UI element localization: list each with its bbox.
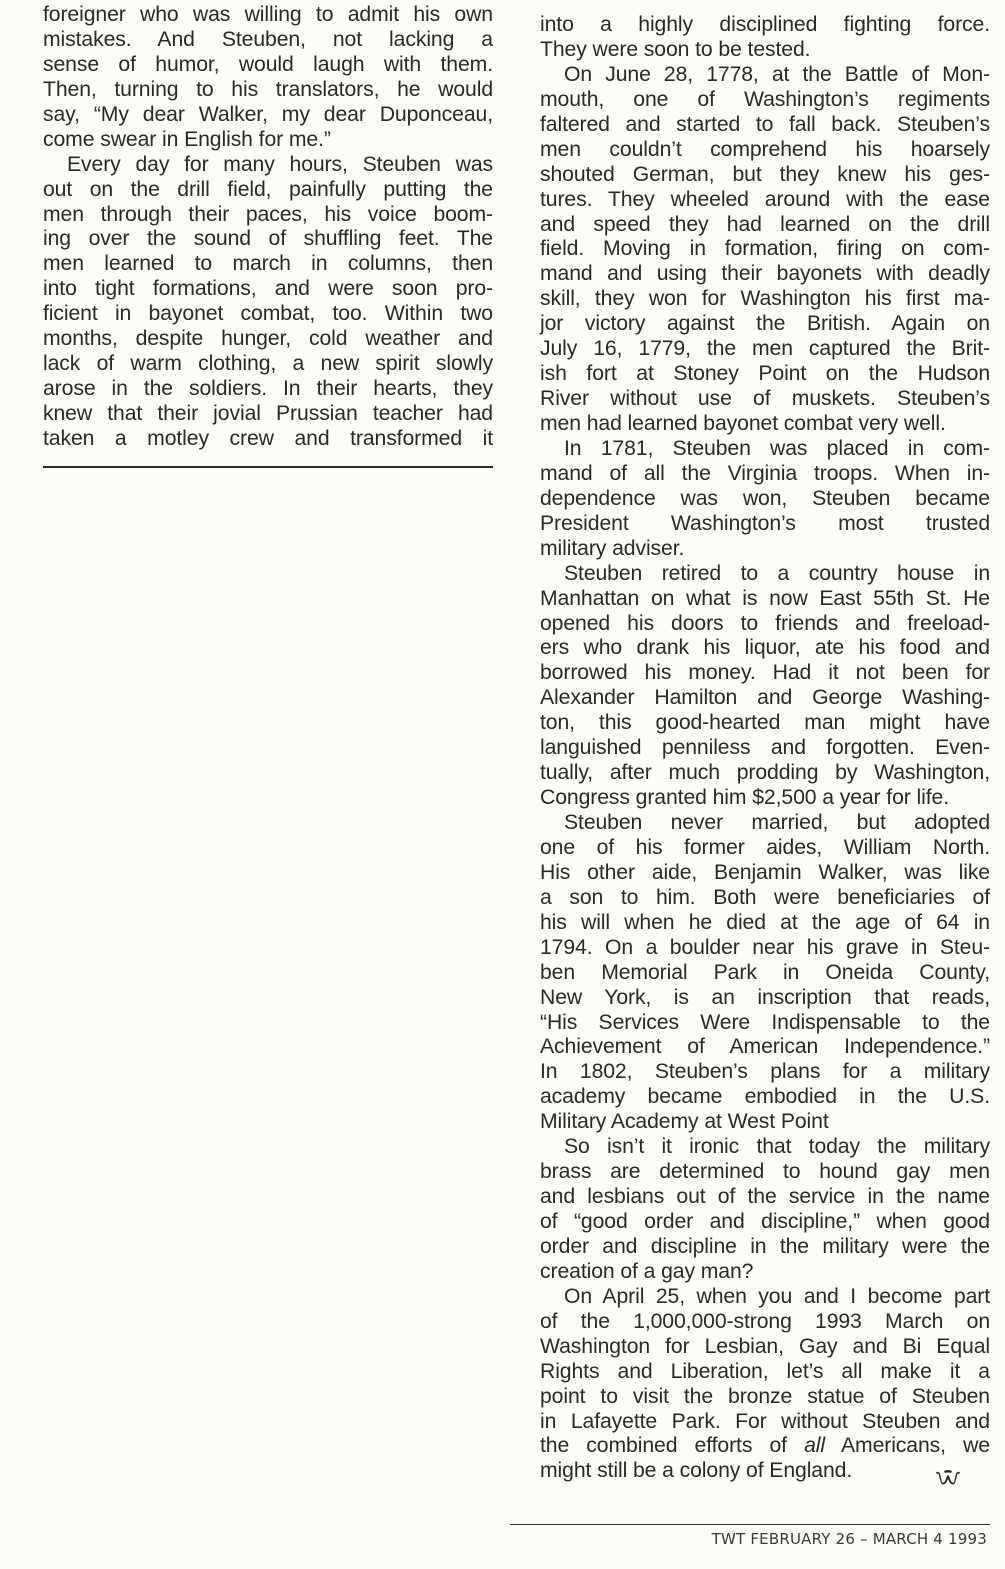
text-line: They were soon to be tested.	[540, 38, 990, 63]
text-line: Manhattan on what is now East 55th St. H…	[540, 587, 990, 612]
text-line: Every day for many hours, Steuben was	[43, 153, 493, 178]
text-line: mouth, one of Washington’s regiments	[540, 88, 990, 113]
text-line: and lesbians out of the service in the n…	[540, 1185, 990, 1210]
text-line: military adviser.	[540, 537, 990, 562]
text-line: In 1781, Steuben was placed in com-	[540, 437, 990, 462]
text-line: On April 25, when you and I become part	[540, 1285, 990, 1310]
text-line: Congress granted him $2,500 a year for l…	[540, 786, 990, 811]
text-line: creation of a gay man?	[540, 1260, 990, 1285]
text-line: point to visit the bronze statue of Steu…	[540, 1385, 990, 1410]
article-column-right: into a highly disciplined fighting force…	[540, 13, 990, 1484]
text-line: into tight formations, and were soon pro…	[43, 277, 493, 302]
text-line: Steuben retired to a country house in	[540, 562, 990, 587]
text-line: ficient in bayonet combat, too. Within t…	[43, 302, 493, 327]
text-line: 1794. On a boulder near his grave in Ste…	[540, 936, 990, 961]
text-line: dependence was won, Steuben became	[540, 487, 990, 512]
text-line: jor victory against the British. Again o…	[540, 312, 990, 337]
text-line: men couldn’t comprehend his hoarsely	[540, 138, 990, 163]
text-line: borrowed his money. Had it not been for	[540, 661, 990, 686]
text-line: skill, they won for Washington his first…	[540, 287, 990, 312]
text-line: order and discipline in the military wer…	[540, 1235, 990, 1260]
text-line: On June 28, 1778, at the Battle of Mon-	[540, 63, 990, 88]
text-line: faltered and started to fall back. Steub…	[540, 113, 990, 138]
text-line: New York, is an inscription that reads,	[540, 986, 990, 1011]
text-line: lack of warm clothing, a new spirit slow…	[43, 352, 493, 377]
text-line: ing over the sound of shuffling feet. Th…	[43, 227, 493, 252]
text-line: months, despite hunger, cold weather and	[43, 327, 493, 352]
text-line: Achievement of American Independence.”	[540, 1035, 990, 1060]
text-line: mand of all the Virginia troops. When in…	[540, 462, 990, 487]
text-line: in Lafayette Park. For without Steuben a…	[540, 1410, 990, 1435]
column-end-rule	[43, 466, 493, 468]
text-line: His other aide, Benjamin Walker, was lik…	[540, 861, 990, 886]
text-line: men through their paces, his voice boom-	[43, 203, 493, 228]
text-line: Alexander Hamilton and George Washing-	[540, 686, 990, 711]
text-line: Steuben never married, but adopted	[540, 811, 990, 836]
text-line: men had learned bayonet combat very well…	[540, 412, 990, 437]
text-line: say, “My dear Walker, my dear Duponceau,	[43, 103, 493, 128]
text-line: might still be a colony of England.	[540, 1459, 990, 1484]
text-line: mand and using their bayonets with deadl…	[540, 262, 990, 287]
text-line: brass are determined to hound gay men	[540, 1160, 990, 1185]
text-line: arose in the soldiers. In their hearts, …	[43, 377, 493, 402]
text-line: opened his doors to friends and freeload…	[540, 612, 990, 637]
text-line: of the 1,000,000-strong 1993 March on	[540, 1310, 990, 1335]
text-line: field. Moving in formation, firing on co…	[540, 237, 990, 262]
text-line: tures. They wheeled around with the ease	[540, 188, 990, 213]
text-line: Rights and Liberation, let’s all make it…	[540, 1360, 990, 1385]
text-line: “His Services Were Indispensable to the	[540, 1011, 990, 1036]
text-line: River without use of muskets. Steuben’s	[540, 387, 990, 412]
text-line: mistakes. And Steuben, not lacking a	[43, 28, 493, 53]
text-line: languished penniless and forgotten. Even…	[540, 736, 990, 761]
text-line: Then, turning to his translators, he wou…	[43, 78, 493, 103]
text-line: the combined efforts of all Americans, w…	[540, 1434, 990, 1459]
text-line: and speed they had learned on the drill	[540, 213, 990, 238]
text-line: men learned to march in columns, then	[43, 252, 493, 277]
text-line: one of his former aides, William North.	[540, 836, 990, 861]
text-line: Military Academy at West Point	[540, 1110, 990, 1135]
text-line: into a highly disciplined fighting force…	[540, 13, 990, 38]
issue-date-footer: TWT FEBRUARY 26 – MARCH 4 1993	[712, 1530, 987, 1548]
text-line: July 16, 1779, the men captured the Brit…	[540, 337, 990, 362]
text-line: tually, after much prodding by Washingto…	[540, 761, 990, 786]
text-line: ers who drank his liquor, ate his food a…	[540, 636, 990, 661]
text-line: ish fort at Stoney Point on the Hudson	[540, 362, 990, 387]
text-line: academy became embodied in the U.S.	[540, 1085, 990, 1110]
text-line: So isn’t it ironic that today the milita…	[540, 1135, 990, 1160]
text-line: out on the drill field, painfully puttin…	[43, 178, 493, 203]
text-line: shouted German, but they knew his ges-	[540, 163, 990, 188]
text-line: of “good order and discipline,” when goo…	[540, 1210, 990, 1235]
text-line: sense of humor, would laugh with them.	[43, 53, 493, 78]
text-line: his will when he died at the age of 64 i…	[540, 911, 990, 936]
twt-end-mark-icon	[935, 1470, 961, 1486]
text-line: ton, this good-hearted man might have	[540, 711, 990, 736]
text-line: foreigner who was willing to admit his o…	[43, 3, 493, 28]
text-line: President Washington’s most trusted	[540, 512, 990, 537]
text-line: a son to him. Both were beneficiaries of	[540, 886, 990, 911]
footer-rule	[510, 1524, 990, 1525]
text-line: In 1802, Steuben’s plans for a military	[540, 1060, 990, 1085]
text-line: taken a motley crew and transformed it	[43, 427, 493, 452]
text-line: come swear in English for me.”	[43, 128, 493, 153]
text-line: ben Memorial Park in Oneida County,	[540, 961, 990, 986]
text-line: Washington for Lesbian, Gay and Bi Equal	[540, 1335, 990, 1360]
article-column-left: foreigner who was willing to admit his o…	[43, 3, 493, 452]
text-line: knew that their jovial Prussian teacher …	[43, 402, 493, 427]
